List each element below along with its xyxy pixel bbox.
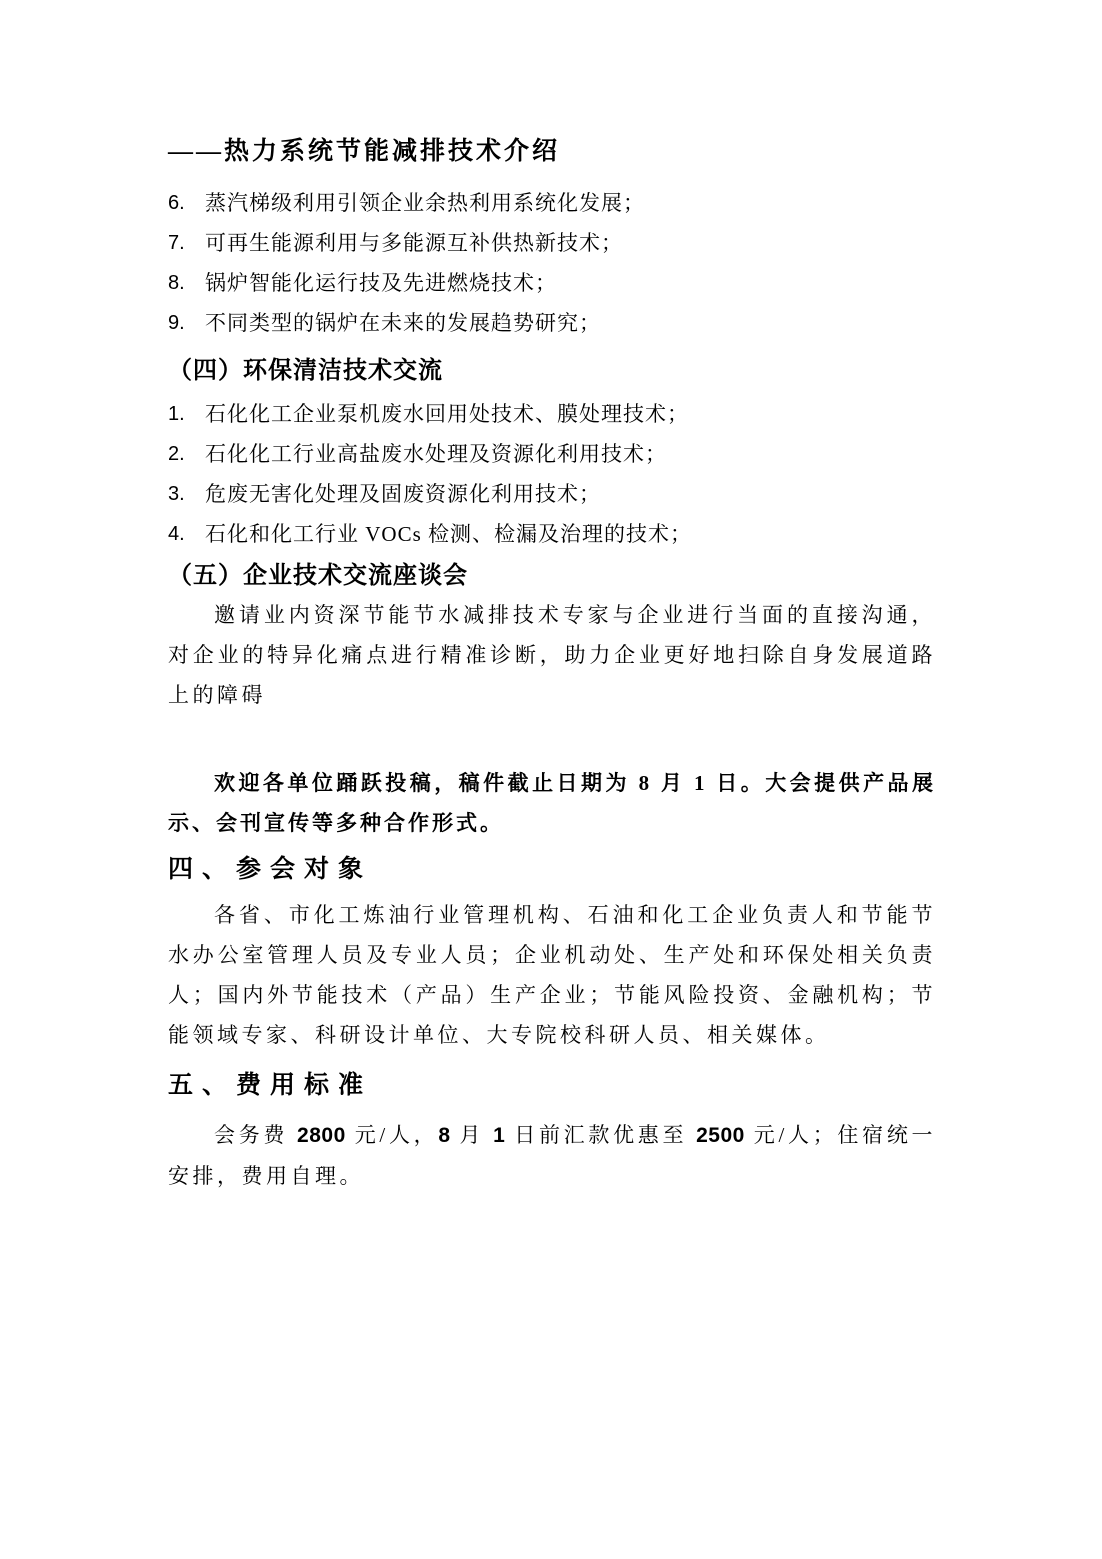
section5-heading: （五）企业技术交流座谈会 xyxy=(168,560,936,592)
list-item-number: 6. xyxy=(168,183,205,223)
document-content: ——热力系统节能减排技术介绍 6. 蒸汽梯级利用引领企业余热利用系统化发展； 7… xyxy=(168,136,936,1196)
list-item-text: 蒸汽梯级利用引领企业余热利用系统化发展； xyxy=(205,183,645,223)
list-item: 8. 锅炉智能化运行技及先进燃烧技术； xyxy=(168,263,936,303)
fees-heading: 五、费用标准 xyxy=(168,1069,936,1103)
list-item: 7. 可再生能源利用与多能源互补供热新技术； xyxy=(168,223,936,263)
thermal-section-heading: ——热力系统节能减排技术介绍 xyxy=(168,136,936,168)
deadline-month: 8 xyxy=(438,1124,450,1147)
list-item-number: 3. xyxy=(168,474,205,514)
document-page: ——热力系统节能减排技术介绍 6. 蒸汽梯级利用引领企业余热利用系统化发展； 7… xyxy=(0,0,1102,1559)
section4-heading: （四）环保清洁技术交流 xyxy=(168,355,936,387)
submission-notice-paragraph: 欢迎各单位踊跃投稿，稿件截止日期为 8 月 1 日。大会提供产品展示、会刊宣传等… xyxy=(168,763,936,843)
section4-list: 1. 石化化工企业泵机废水回用处技术、膜处理技术； 2. 石化化工行业高盐废水处… xyxy=(168,394,936,554)
fee-amount-discount: 2500 xyxy=(696,1124,745,1147)
list-item: 2. 石化化工行业高盐废水处理及资源化利用技术； xyxy=(168,434,936,474)
section5-paragraph: 邀请业内资深节能节水减排技术专家与企业进行当面的直接沟通，对企业的特异化痛点进行… xyxy=(168,595,936,715)
fees-text: 月 xyxy=(451,1123,494,1147)
list-item-text: 不同类型的锅炉在未来的发展趋势研究； xyxy=(205,303,601,343)
list-item-text: 锅炉智能化运行技及先进燃烧技术； xyxy=(205,263,557,303)
attendees-heading: 四、参会对象 xyxy=(168,853,936,887)
list-item-text: 石化化工企业泵机废水回用处技术、膜处理技术； xyxy=(205,394,689,434)
list-item: 6. 蒸汽梯级利用引领企业余热利用系统化发展； xyxy=(168,183,936,223)
list-item: 9. 不同类型的锅炉在未来的发展趋势研究； xyxy=(168,303,936,343)
list-item-text: 石化化工行业高盐废水处理及资源化利用技术； xyxy=(205,434,667,474)
deadline-day: 1 xyxy=(493,1124,505,1147)
fee-amount-standard: 2800 xyxy=(297,1124,346,1147)
fees-text: 会务费 xyxy=(214,1123,297,1147)
list-item: 1. 石化化工企业泵机废水回用处技术、膜处理技术； xyxy=(168,394,936,434)
list-item-text: 可再生能源利用与多能源互补供热新技术； xyxy=(205,223,623,263)
list-item-number: 4. xyxy=(168,514,205,554)
list-item-number: 9. xyxy=(168,303,205,343)
fees-text: 元/人， xyxy=(346,1123,439,1147)
list-item-text: 石化和化工行业 VOCs 检测、检漏及治理的技术； xyxy=(205,514,692,554)
list-item-text: 危废无害化处理及固废资源化利用技术； xyxy=(205,474,601,514)
list-item-number: 2. xyxy=(168,434,205,474)
list-item: 4. 石化和化工行业 VOCs 检测、检漏及治理的技术； xyxy=(168,514,936,554)
fees-text: 日前汇款优惠至 xyxy=(505,1123,696,1147)
list-item-number: 1. xyxy=(168,394,205,434)
list-item-number: 7. xyxy=(168,223,205,263)
fees-paragraph: 会务费 2800 元/人，8 月 1 日前汇款优惠至 2500 元/人；住宿统一… xyxy=(168,1115,936,1196)
attendees-paragraph: 各省、市化工炼油行业管理机构、石油和化工企业负责人和节能节水办公室管理人员及专业… xyxy=(168,895,936,1055)
list-item: 3. 危废无害化处理及固废资源化利用技术； xyxy=(168,474,936,514)
thermal-list: 6. 蒸汽梯级利用引领企业余热利用系统化发展； 7. 可再生能源利用与多能源互补… xyxy=(168,183,936,343)
list-item-number: 8. xyxy=(168,263,205,303)
